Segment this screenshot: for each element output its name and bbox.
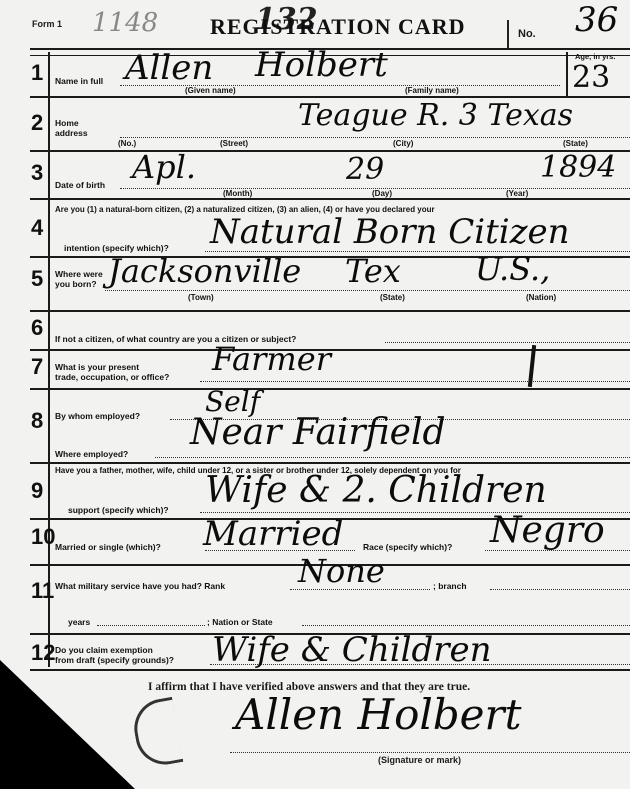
row-number-6: 6 (31, 315, 43, 341)
year-sublabel: (Year) (506, 189, 528, 198)
scan-black-corner (0, 660, 135, 789)
marital-status-value: Married (203, 514, 343, 554)
race-value: Negro (490, 510, 605, 551)
exemption-value: Wife & Children (212, 630, 492, 670)
row-number-7: 7 (31, 354, 43, 380)
file-number-handwritten: 1148 (92, 8, 158, 38)
family-name-sublabel: (Family name) (405, 86, 459, 95)
branch-line (490, 589, 630, 590)
work-location-line (155, 457, 630, 458)
row-number-11: 11 (31, 578, 54, 604)
occupation-value: Farmer (212, 340, 331, 378)
military-service-label: What military service have you had? Rank (55, 581, 225, 591)
nation-state-label: ; Nation or State (207, 617, 273, 627)
title-overwrite-handwritten: 132 (255, 2, 318, 37)
state-sublabel: (State) (563, 139, 588, 148)
dependents-value: Wife & 2. Children (205, 470, 547, 511)
label-line: trade, occupation, or office? (55, 372, 169, 382)
years-label: years (68, 617, 90, 627)
years-line (97, 625, 205, 626)
given-name-value: Allen (125, 48, 213, 88)
citizenship-value: Natural Born Citizen (210, 212, 570, 252)
label-line: you born? (55, 279, 103, 289)
card-number-label: No. (518, 28, 536, 40)
signature-value: Allen Holbert (235, 690, 522, 739)
nation-sublabel: (Nation) (526, 293, 556, 302)
label-line: Do you claim exemption (55, 645, 174, 655)
label-line: What is your present (55, 362, 169, 372)
foreign-citizenship-line (385, 342, 630, 343)
row-divider (30, 388, 630, 390)
town-sublabel: (Town) (188, 293, 214, 302)
address-line (120, 137, 630, 138)
city-sublabel: (City) (393, 139, 413, 148)
label-line: Home (55, 118, 88, 128)
birth-state-value: Tex (345, 252, 401, 290)
race-label: Race (specify which)? (363, 542, 452, 552)
label-line: address (55, 128, 88, 138)
birth-town-value: Jacksonville (108, 252, 301, 290)
form-label: Form 1 (32, 19, 62, 29)
age-column-divider (566, 52, 568, 96)
state-sublabel: (State) (380, 293, 405, 302)
rank-value: None (298, 552, 385, 590)
row-number-3: 3 (31, 160, 43, 186)
marital-status-label: Married or single (which)? (55, 542, 161, 552)
employer-label: By whom employed? (55, 411, 140, 421)
row-number-column-divider (48, 52, 50, 667)
number-sublabel: (No.) (118, 139, 136, 148)
nation-state-line (302, 625, 630, 626)
row-number-2: 2 (31, 110, 43, 136)
birth-day-value: 29 (346, 152, 384, 187)
age-value: 23 (572, 60, 610, 95)
branch-label: ; branch (433, 581, 467, 591)
birth-year-value: 1894 (540, 150, 616, 185)
work-location-value: Near Fairfield (190, 412, 446, 453)
birthplace-line (105, 290, 630, 291)
label-line: Where were (55, 269, 103, 279)
dependents-specify-label: support (specify which)? (68, 505, 169, 515)
occupation-label: What is your present trade, occupation, … (55, 362, 169, 382)
home-address-value: Teague R. 3 Texas (298, 98, 573, 133)
signature-sublabel: (Signature or mark) (378, 755, 461, 765)
row-divider (30, 462, 630, 464)
birthplace-label: Where were you born? (55, 269, 103, 289)
day-sublabel: (Day) (372, 189, 392, 198)
row-number-5: 5 (31, 266, 43, 292)
birth-nation-value: U.S., (475, 250, 550, 288)
registration-card: Form 1 1148 REGISTRATION CARD 132 No. 36… (0, 0, 630, 789)
number-divider (507, 20, 509, 50)
card-title: REGISTRATION CARD (210, 14, 466, 40)
street-sublabel: (Street) (220, 139, 248, 148)
row-divider (30, 310, 630, 312)
row-number-1: 1 (31, 60, 43, 86)
card-number-value: 36 (575, 0, 618, 40)
row-number-4: 4 (31, 215, 43, 241)
row-number-10: 10 (31, 524, 55, 550)
date-of-birth-label: Date of birth (55, 180, 105, 190)
row-number-9: 9 (31, 478, 43, 504)
row-number-8: 8 (31, 408, 43, 434)
work-location-label: Where employed? (55, 449, 128, 459)
row-divider (30, 198, 630, 200)
occupation-line (200, 381, 630, 382)
birth-month-value: Apl. (132, 148, 196, 186)
family-name-value: Holbert (255, 45, 388, 85)
month-sublabel: (Month) (223, 189, 252, 198)
name-label: Name in full (55, 76, 103, 86)
stray-pen-mark (130, 697, 184, 769)
home-address-label: Home address (55, 118, 88, 138)
signature-line (230, 752, 630, 753)
